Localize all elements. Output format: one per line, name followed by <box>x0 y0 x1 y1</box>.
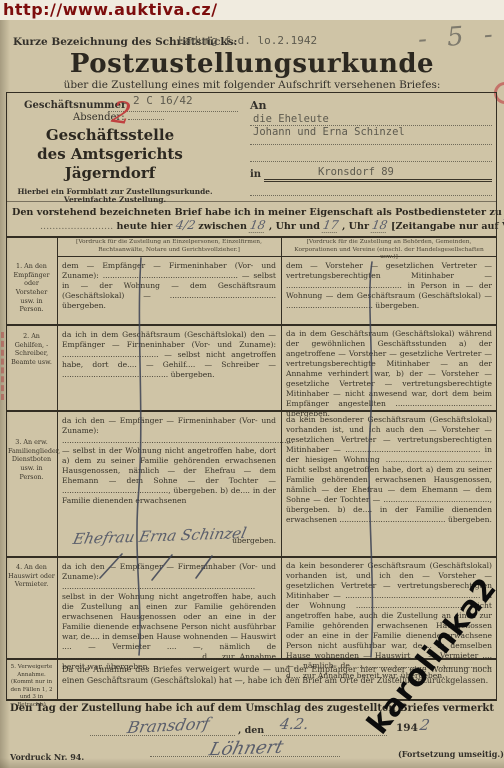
addressee-rule1 <box>250 112 492 126</box>
row4-label: 4. An den Hauswirt oder Vermieter. <box>8 563 55 589</box>
intro-hour1-handwritten: 18 <box>249 218 267 233</box>
intro-leader-dots: ........................ <box>40 221 113 232</box>
row1-right-cell: dem — Vorsteher — gesetzlichen Vertreter… <box>286 261 492 311</box>
sender-name-line1: Geschäftsstelle <box>0 126 220 144</box>
sender-name-line3: Jägerndorf <box>0 164 220 182</box>
box-border-top <box>6 92 497 93</box>
page-subtitle: über die Zustellung eines mit folgender … <box>0 79 504 91</box>
form-number: Vordruck Nr. 94. <box>10 752 84 762</box>
intro-text1: Den vorstehend bezeichneten Brief habe i… <box>12 207 502 218</box>
footer-year-digit-handwritten: 2 <box>418 716 431 734</box>
row1-left-cell: dem — Empfänger — Firmeninhaber (Vor- un… <box>62 261 276 311</box>
label-column-divider <box>57 236 58 700</box>
addressee-label: An <box>250 99 267 112</box>
column-header-right: [Vordruck für die Zustellung an Behörden… <box>286 239 492 262</box>
addressee-rule2 <box>250 131 492 145</box>
intro-text6: [Zeitangabe nur auf Verlangen]—, <box>391 221 504 232</box>
red-edge-marks <box>1 332 4 400</box>
row2-label: 2. An Gehilfen, -Schreiber, Beamte usw. <box>8 332 55 367</box>
row2-right-cell: da in dem Geschäftsraum (Geschäftslokal)… <box>286 329 492 419</box>
addressee-rule3 <box>250 160 492 162</box>
file-number-value: 2 C 16/42 <box>133 94 193 107</box>
row3-bottom-rule <box>6 556 497 558</box>
intro-text3: zwischen <box>198 221 247 232</box>
delivery-note: Den Tag der Zustellung habe ich auf dem … <box>0 703 504 714</box>
enclosure-note-line2: Vereinfachte Zustellung. <box>0 195 230 204</box>
sender-name-line2: des Amtsgerichts <box>0 145 220 163</box>
continuation-note: (Fortsetzung umseitig.) <box>398 749 504 759</box>
intro-text5: , Uhr <box>342 221 369 232</box>
row4-left-cell: da ich den — Empfänger — Firmeninhaber (… <box>62 562 276 672</box>
row1-label: 1. An den Empfänger oder Vorsteher usw. … <box>8 262 55 314</box>
page-title: Postzustellungsurkunde <box>0 49 504 79</box>
row1-bottom-rule <box>6 324 497 326</box>
footer-place-line <box>90 722 235 736</box>
row2-left-cell: da ich in dem Geschäftsraum (Geschäftslo… <box>62 330 276 380</box>
footer-den-label: , den <box>238 725 264 736</box>
row3-left-cell: da ich den — Empfänger — Firmeninhaber (… <box>62 416 276 506</box>
intro-text4: , Uhr und <box>269 221 320 232</box>
box-border-right <box>496 92 497 700</box>
column-header-left: [Vordruck für die Zustellung an Einzelpe… <box>62 239 276 254</box>
addressee-in-label: in <box>250 169 261 180</box>
table-top-rule <box>6 236 497 238</box>
intro-minutes-handwritten: 18 <box>371 218 389 233</box>
addressee-rule4 <box>250 194 492 196</box>
sender-mark-line <box>128 118 164 120</box>
intro-text2: heute hier <box>117 221 173 232</box>
site-url-watermark: http://www.auktiva.cz/ <box>3 0 218 19</box>
row3-label: 3. An erw. Familienglieder, Dienstboten … <box>8 438 55 481</box>
intro-line2: ........................ heute hier 4/2 … <box>40 218 494 233</box>
doc-type-value: Ladung f.d. lo.2.1942 <box>178 34 317 47</box>
signature-line <box>150 742 340 757</box>
table-bottom-rule <box>6 699 497 701</box>
intro-hour2-handwritten: 17 <box>322 218 340 233</box>
box-border-left <box>6 92 7 700</box>
intro-date-handwritten: 4/2 <box>174 218 196 232</box>
row3-right-cell: da kein besonderer Geschäftsraum (Geschä… <box>286 415 492 525</box>
scanned-document-page: { "watermarks": { "url": "http://www.auk… <box>0 0 504 768</box>
addressee-place-double-rule <box>264 173 492 182</box>
center-column-divider <box>281 236 282 658</box>
